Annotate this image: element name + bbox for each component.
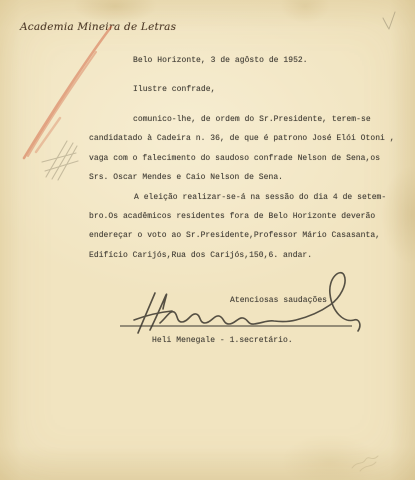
bottom-scribble (352, 456, 378, 471)
signature (134, 273, 360, 333)
check-mark (383, 12, 395, 29)
scanned-letter-page: Academia Mineira de Letras Belo Horizont… (0, 0, 415, 480)
annotation-marks-layer (0, 0, 415, 480)
graphite-scribble (42, 141, 78, 180)
red-pencil-mark (24, 27, 111, 158)
